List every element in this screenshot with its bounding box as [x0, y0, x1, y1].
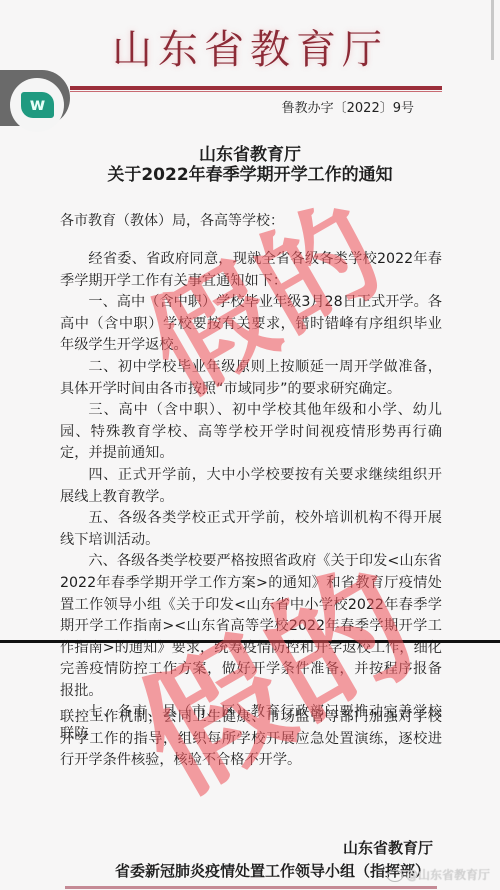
- weibo-credit-text: @山东省教育厅: [406, 868, 490, 882]
- paragraph-7-continued: 联控工作机制，会同卫生健康、市场监管等部门加强对学校开学工作的指导，组织每所学校…: [60, 707, 442, 772]
- signature-command: 省委新冠肺炎疫情处置工作领导小组（指挥部）: [115, 860, 430, 881]
- masthead-rule-thin: [70, 91, 442, 92]
- page-break-divider: [0, 640, 500, 643]
- notice-body: 经省委、省政府同意，现就全省各级各类学校2022年春季学期开学工作有关事宜通知如…: [60, 249, 442, 746]
- notice-title: 关于2022年春季学期开学工作的通知: [0, 160, 500, 185]
- document-page: 山东省教育厅 鲁教办字〔2022〕9号 w 山东省教育厅 关于2022年春季学期…: [0, 0, 500, 890]
- paragraph-5: 五、各级各类学校正式开学前，校外培训机构不得开展线下培训活动。: [60, 508, 442, 551]
- weibo-icon: [387, 870, 403, 882]
- paragraph-intro: 经省委、省政府同意，现就全省各级各类学校2022年春季学期开学工作有关事宜通知如…: [60, 249, 442, 292]
- masthead-title: 山东省教育厅: [0, 18, 500, 75]
- paragraph-2: 二、初中学校毕业年级原则上按顺延一周开学做准备，具体开学时间由各市按照“市域同步…: [60, 357, 442, 400]
- footer-rule: [65, 886, 437, 889]
- w-app-icon[interactable]: w: [21, 92, 54, 118]
- document-number: 鲁教办字〔2022〕9号: [282, 97, 414, 116]
- paragraph-4: 四、正式开学前，大中小学校要按有关要求继续组织开展线上教育教学。: [60, 465, 442, 508]
- notice-body-continued: 联控工作机制，会同卫生健康、市场监管等部门加强对学校开学工作的指导，组织每所学校…: [60, 707, 442, 772]
- masthead-rule: [70, 86, 442, 90]
- paragraph-3: 三、高中（含中职）、初中学校其他年级和小学、幼儿园、特殊教育学校、高等学校开学时…: [60, 400, 442, 465]
- paragraph-6: 六、各级各类学校要严格按照省政府《关于印发<山东省2022年春季学期开学工作方案…: [60, 551, 442, 702]
- salutation: 各市教育（教体）局，各高等学校：: [60, 210, 284, 230]
- paragraph-1: 一、高中（含中职）学校毕业年级3月28日正式开学。各高中（含中职）学校要按有关要…: [60, 292, 442, 357]
- signature-issuer: 山东省教育厅: [343, 837, 433, 858]
- weibo-credit: @山东省教育厅: [387, 866, 490, 883]
